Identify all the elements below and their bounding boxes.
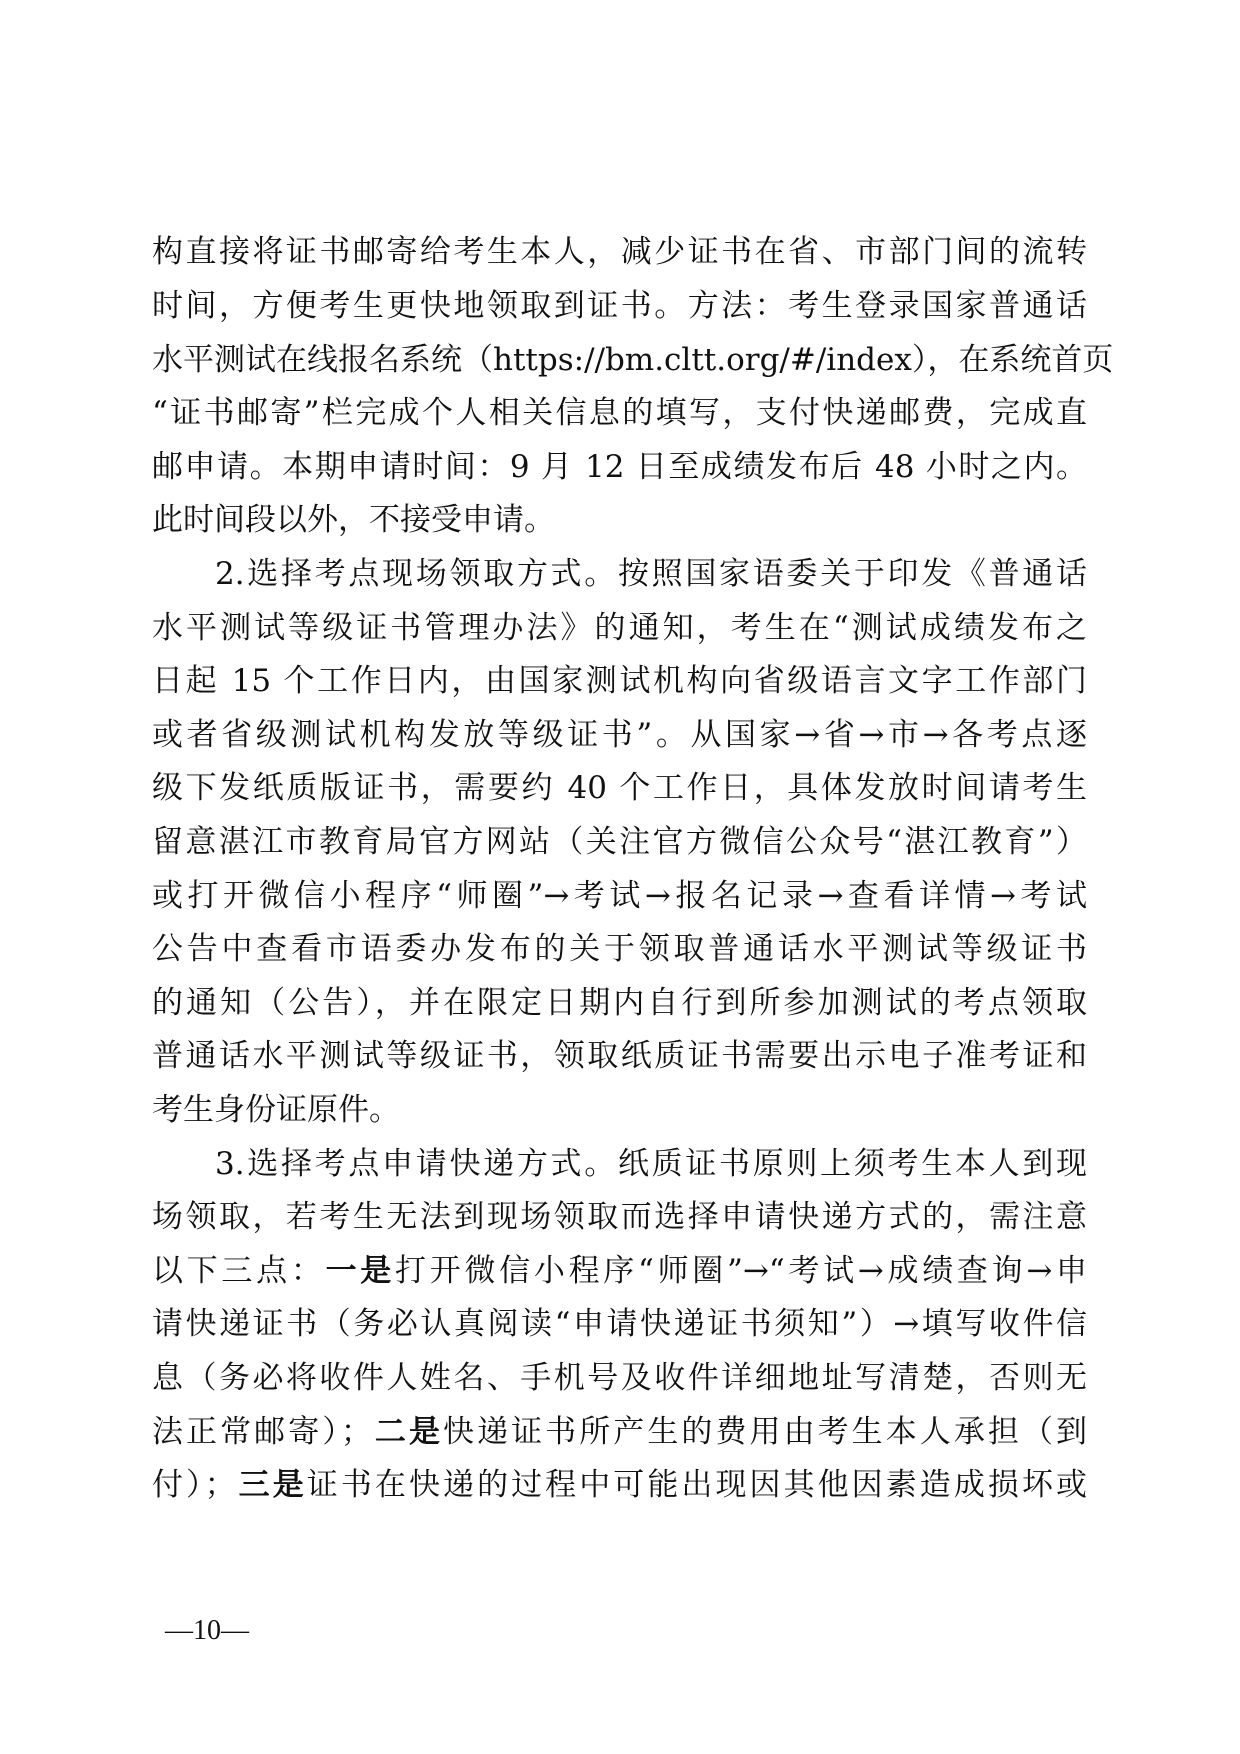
text-line: 此时间段以外，不接受申请。: [152, 500, 1087, 540]
text-line: 考生身份证原件。: [152, 1090, 1087, 1130]
text-line: 法正常邮寄）；二是快递证书所产生的费用由考生本人承担（到: [152, 1412, 1087, 1452]
text-segment: 以下三点：: [152, 1253, 326, 1289]
text-line: 邮申请。本期申请时间：9 月 12 日至成绩发布后 48 小时之内。: [152, 447, 1087, 487]
text-line: 水平测试在线报名系统（https://bm.cltt.org/#/index），…: [152, 340, 1087, 380]
text-line: 日起 15 个工作日内，由国家测试机构向省级语言文字工作部门: [152, 661, 1087, 701]
document-page: 构直接将证书邮寄给考生本人，减少证书在省、市部门间的流转时间，方便考生更快地领取…: [0, 0, 1240, 1754]
text-line: 水平测试等级证书管理办法》的通知，考生在“测试成绩发布之: [152, 608, 1087, 648]
text-segment: 证书在快递的过程中可能出现因其他因素造成损坏或: [307, 1467, 1087, 1503]
text-line: 或者省级测试机构发放等级证书”。从国家→省→市→各考点逐: [152, 715, 1087, 755]
text-segment: 付）；: [152, 1467, 236, 1503]
text-line: 息（务必将收件人姓名、手机号及收件详细地址写清楚，否则无: [152, 1358, 1087, 1398]
text-line: 的通知（公告），并在限定日期内自行到所参加测试的考点领取: [152, 983, 1087, 1023]
text-line: 公告中查看市语委办发布的关于领取普通话水平测试等级证书: [152, 929, 1087, 969]
text-line: 2.选择考点现场领取方式。按照国家语委关于印发《普通话: [215, 554, 1087, 594]
text-line: 构直接将证书邮寄给考生本人，减少证书在省、市部门间的流转: [152, 232, 1087, 272]
text-segment: 法正常邮寄）；: [152, 1414, 372, 1450]
bold-emphasis: 三是: [236, 1467, 307, 1503]
text-line: 级下发纸质版证书，需要约 40 个工作日，具体发放时间请考生: [152, 768, 1087, 808]
text-line: 3.选择考点申请快递方式。纸质证书原则上须考生本人到现: [215, 1144, 1087, 1184]
text-segment: 快递证书所产生的费用由考生本人承担（到: [443, 1414, 1087, 1450]
text-line: 请快递证书（务必认真阅读“申请快递证书须知”）→填写收件信: [152, 1304, 1087, 1344]
text-line: 场领取，若考生无法到现场领取而选择申请快递方式的，需注意: [152, 1197, 1087, 1237]
bold-emphasis: 二是: [372, 1414, 443, 1450]
text-line: 普通话水平测试等级证书，领取纸质证书需要出示电子准考证和: [152, 1036, 1087, 1076]
text-line: 留意湛江市教育局官方网站（关注官方微信公众号“湛江教育”）: [152, 822, 1087, 862]
text-line: 付）；三是证书在快递的过程中可能出现因其他因素造成损坏或: [152, 1465, 1087, 1505]
page-number: —10—: [165, 1615, 249, 1647]
text-segment: 打开微信小程序“师圈”→“考试→成绩查询→申: [395, 1253, 1087, 1289]
text-line: “证书邮寄”栏完成个人相关信息的填写，支付快递邮费，完成直: [152, 393, 1087, 433]
text-line: 或打开微信小程序“师圈”→考试→报名记录→查看详情→考试: [152, 876, 1087, 916]
bold-emphasis: 一是: [326, 1253, 395, 1289]
text-line: 时间，方便考生更快地领取到证书。方法：考生登录国家普通话: [152, 286, 1087, 326]
text-line: 以下三点：一是打开微信小程序“师圈”→“考试→成绩查询→申: [152, 1251, 1087, 1291]
